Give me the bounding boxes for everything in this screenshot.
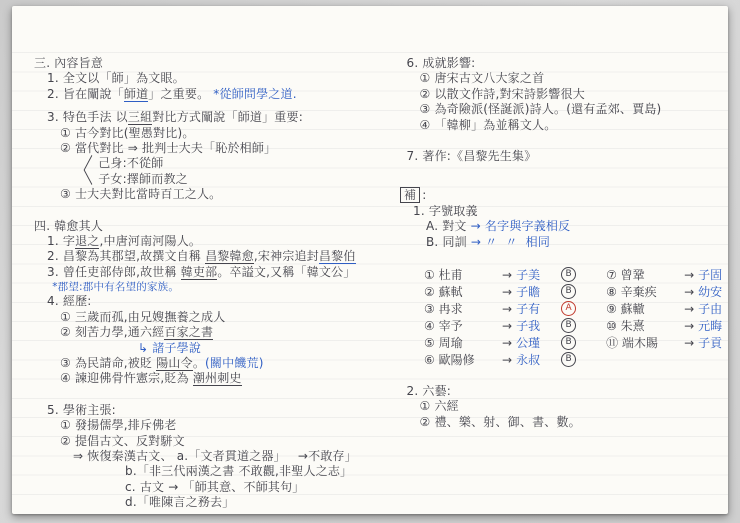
arrow-icon: → [684,302,694,316]
text-segment: *郡望:郡中有名望的家族。 [52,281,179,293]
text-segment: ① 三歲而孤,由兄嫂撫養之成人 [60,310,225,324]
text-segment: 1. 全文以「師」為文眼。 [47,71,185,85]
text-segment: ,宋神宗追封 [254,249,319,263]
text-segment: ,中唐河南河陽人。 [99,234,201,248]
text-segment: 百家之書 [164,325,213,340]
text-segment: 。卒謚文,又稱「韓文公」 [217,265,355,279]
person-name: ⑨ 蘇轍 [606,300,680,317]
arrow-icon: → [502,336,512,350]
person-name: ③ 冉求 [424,300,498,317]
person-name: ⑦ 曾鞏 [606,266,680,283]
note-line: ③ 為奇險派(怪誕派)詩人。(還有孟郊、賈島) [400,102,728,117]
note-line: 3. 曾任吏部侍郎,故世稱 韓吏部。卒謚文,又稱「韓文公」 [34,265,388,280]
person-name: ⑥ 歐陽修 [424,351,498,368]
text-segment: ① 古今對比(聖愚對比)。 [60,126,195,140]
note-line: 6. 成就影響: [400,56,728,71]
text-segment: ③ 為民請命,被貶 [60,356,156,370]
text-segment: 7. 著作:《昌黎先生集》 [407,149,537,163]
person-name: ⑪ 端木賜 [606,334,680,351]
text-segment: 」之重要。 [148,87,209,101]
note-line: 7. 著作:《昌黎先生集》 [400,149,728,164]
person-name: ④ 宰予 [424,317,498,334]
note-line: A. 對文 → 名字與字義相反 [400,219,728,234]
text-segment: 己身:不從師 [98,156,163,170]
text-segment: 2. 昌黎為其郡望,故撰文自稱 [47,249,205,263]
name-pair-row: ⑩ 朱熹→元晦A [606,317,740,334]
note-line: ① 六經 [400,399,728,414]
arrow-icon: → [502,353,512,367]
text-segment: ① 唐宋古文八大家之首 [420,71,545,85]
right-page: 6. 成就影響:① 唐宋古文八大家之首② 以散文作詩,對宋詩影響很大③ 為奇險派… [400,56,728,430]
note-line: d.「唯陳言之務去」 [34,495,388,510]
text-segment: 3. 特色手法 以 [47,110,128,124]
note-line: 2. 六藝: [400,384,728,399]
courtesy-name: 公瑾 [516,334,554,351]
text-segment: ② 禮、樂、射、御、書、數。 [420,415,581,429]
note-line: b.「非三代兩漢之書 不敢觀,非聖人之志」 [34,464,388,479]
note-line: ② 以散文作詩,對宋詩影響很大 [400,87,728,102]
text-segment: 潮州刺史 [193,371,242,386]
text-segment: c. 古文 → 「師其意、不師其句」 [125,480,305,494]
brace-items: 己身:不從師子女:擇師而教之 [98,156,188,187]
note-line: 1. 全文以「師」為文眼。 [34,71,388,86]
note-line: 己身:不從師 [98,156,188,171]
grade-badge: B [561,352,576,367]
text-segment: 1. 字號取義 [413,204,478,218]
note-line: c. 古文 → 「師其意、不師其句」 [34,480,388,495]
courtesy-name: 子貢 [698,334,736,351]
courtesy-name: 子固 [698,266,736,283]
note-line: 2. 昌黎為其郡望,故撰文自稱 昌黎韓愈,宋神宗追封昌黎伯 [34,249,388,264]
person-name: ① 杜甫 [424,266,498,283]
text-segment: (關中饑荒) [205,356,264,370]
text-segment: → 名字與字義相反 [471,219,571,233]
note-line: 三. 內容旨意 [34,56,388,71]
note-line: ① 古今對比(聖愚對比)。 [34,126,388,141]
name-pair-row: ① 杜甫→子美B [424,266,576,283]
name-pair-row: ⑦ 曾鞏→子固B [606,266,740,283]
note-line: 四. 韓愈其人 [34,219,388,234]
text-segment: 2. 旨在闡說「 [47,87,124,101]
text-segment: 對比方式闡說「師道」重要: [152,110,303,124]
text-segment: : [422,188,426,202]
note-line: ④ 諫迎佛骨忤憲宗,貶為 潮州刺史 [34,371,388,386]
text-segment: ⇒ 恢復秦漢古文、 [73,449,177,463]
note-line: 1. 字退之,中唐河南河陽人。 [34,234,388,249]
note-line: ① 唐宋古文八大家之首 [400,71,728,86]
text-segment: 三. 內容旨意 [34,56,103,70]
notebook-paper: 三. 內容旨意1. 全文以「師」為文眼。2. 旨在闡說「師道」之重要。 *從師問… [12,6,728,514]
name-pair-row: ⑤ 周瑜→公瑾B [424,334,576,351]
note-line: ③ 為民請命,被貶 陽山令。(關中饑荒) [34,356,388,371]
boxed-label: 補 [400,187,420,203]
brace-icon: 〈 [73,160,93,185]
grade-badge: B [561,267,576,282]
text-segment: 。 [193,356,205,370]
text-segment: →不敢存」 [286,449,357,463]
name-pair-row: ⑪ 端木賜→子貢A [606,334,740,351]
text-segment: ③ 為奇險派(怪誕派)詩人。(還有孟郊、賈島) [420,102,662,116]
grade-badge: B [561,318,576,333]
text-segment: ① 六經 [420,399,459,413]
text-segment: → 〃 〃 相同 [471,235,550,249]
note-line: 4. 經歷: [34,294,388,309]
arrow-icon: → [684,319,694,333]
text-segment: 子女:擇師而教之 [98,172,188,186]
arrow-icon: → [502,302,512,316]
text-segment: ④ 諫迎佛骨忤憲宗,貶為 [60,371,193,385]
person-name: ② 蘇軾 [424,283,498,300]
name-list-column: ⑦ 曾鞏→子固B⑧ 辛棄疾→幼安B⑨ 蘇轍→子由B⑩ 朱熹→元晦A⑪ 端木賜→子… [606,266,740,368]
courtesy-name: 子美 [516,266,554,283]
text-segment: 昌黎韓愈 [205,249,254,264]
note-line: 3. 特色手法 以三組對比方式闡說「師道」重要: [34,110,388,125]
arrow-icon: → [684,336,694,350]
courtesy-name: 子我 [516,317,554,334]
name-pair-row: ④ 宰予→子我B [424,317,576,334]
text-segment: 退之 [75,234,99,249]
courtesy-name: 子由 [698,300,736,317]
courtesy-name: 子瞻 [516,283,554,300]
note-line: 1. 字號取義 [400,204,728,219]
arrow-icon: → [684,268,694,282]
arrow-icon: → [684,285,694,299]
note-line: 5. 學術主張: [34,403,388,418]
name-list-column: ① 杜甫→子美B② 蘇軾→子瞻B③ 冉求→子有A④ 宰予→子我B⑤ 周瑜→公瑾B… [424,266,576,368]
note-line: *郡望:郡中有名望的家族。 [34,280,388,294]
note-line: ① 發揚儒學,排斥佛老 [34,418,388,433]
text-segment: 4. 經歷: [47,294,92,308]
name-pair-row: ③ 冉求→子有A [424,300,576,317]
note-line: ② 提倡古文、反對駢文 [34,434,388,449]
text-segment: B. 同訓 [426,235,471,249]
text-segment: 5. 學術主張: [47,403,116,417]
text-segment: 2. 六藝: [407,384,452,398]
text-segment: *從師問學之道. [209,87,296,101]
text-segment: 1. 字 [47,234,75,248]
text-segment: ② 以散文作詩,對宋詩影響很大 [420,87,585,101]
arrow-icon: → [502,268,512,282]
note-line: ① 三歲而孤,由兄嫂撫養之成人 [34,310,388,325]
grade-badge: B [561,335,576,350]
text-segment: a.「文者貫道之器」 [177,449,286,463]
note-line: ④ 「韓柳」為並稱文人。 [400,118,728,133]
text-segment: 三組 [128,110,152,125]
note-line: ⇒ 恢復秦漢古文、 a.「文者貫道之器」 →不敢存」 [34,449,388,464]
text-segment: 3. 曾任吏部侍郎,故世稱 [47,265,181,279]
arrow-icon: → [502,319,512,333]
note-line: 〈己身:不從師子女:擇師而教之 [34,156,388,187]
name-pair-row: ② 蘇軾→子瞻B [424,283,576,300]
person-name: ⑤ 周瑜 [424,334,498,351]
arrow-icon: → [502,285,512,299]
note-line: ② 禮、樂、射、御、書、數。 [400,415,728,430]
note-line: 子女:擇師而教之 [98,172,188,187]
text-segment: 6. 成就影響: [407,56,476,70]
note-line: 2. 旨在闡說「師道」之重要。 *從師問學之道. [34,87,388,102]
person-name: ⑩ 朱熹 [606,317,680,334]
note-line: ↳ 諸子學說 [34,341,388,356]
note-line: 補: [400,188,728,203]
text-segment: A. 對文 [426,219,471,233]
courtesy-name: 子有 [516,300,554,317]
text-segment: 昌黎伯 [319,249,356,264]
text-segment: 韓吏部 [181,265,218,280]
grade-badge: B [561,284,576,299]
text-segment: d.「唯陳言之務去」 [125,495,234,509]
text-segment: ④ 「韓柳」為並稱文人。 [420,118,557,132]
person-name: ⑧ 辛棄疾 [606,283,680,300]
courtesy-name-list: ① 杜甫→子美B② 蘇軾→子瞻B③ 冉求→子有A④ 宰予→子我B⑤ 周瑜→公瑾B… [400,266,728,368]
grade-badge: A [561,301,576,316]
name-pair-row: ⑥ 歐陽修→永叔B [424,351,576,368]
note-line: ② 刻苦力學,通六經百家之書 [34,325,388,340]
text-segment: ② 刻苦力學,通六經 [60,325,164,339]
text-segment: ② 提倡古文、反對駢文 [60,434,185,448]
text-segment: b.「非三代兩漢之書 不敢觀,非聖人之志」 [125,464,352,478]
name-pair-row: ⑨ 蘇轍→子由B [606,300,740,317]
text-segment: 四. 韓愈其人 [34,219,103,233]
text-segment: ① 發揚儒學,排斥佛老 [60,418,177,432]
text-segment: ↳ 諸子學說 [138,341,201,355]
courtesy-name: 元晦 [698,317,736,334]
courtesy-name: 永叔 [516,351,554,368]
courtesy-name: 幼安 [698,283,736,300]
note-line: B. 同訓 → 〃 〃 相同 [400,235,728,250]
text-segment: 師道 [124,87,148,102]
name-pair-row: ⑧ 辛棄疾→幼安B [606,283,740,300]
left-page: 三. 內容旨意1. 全文以「師」為文眼。2. 旨在闡說「師道」之重要。 *從師問… [34,56,388,511]
text-segment: 陽山令 [156,356,193,371]
